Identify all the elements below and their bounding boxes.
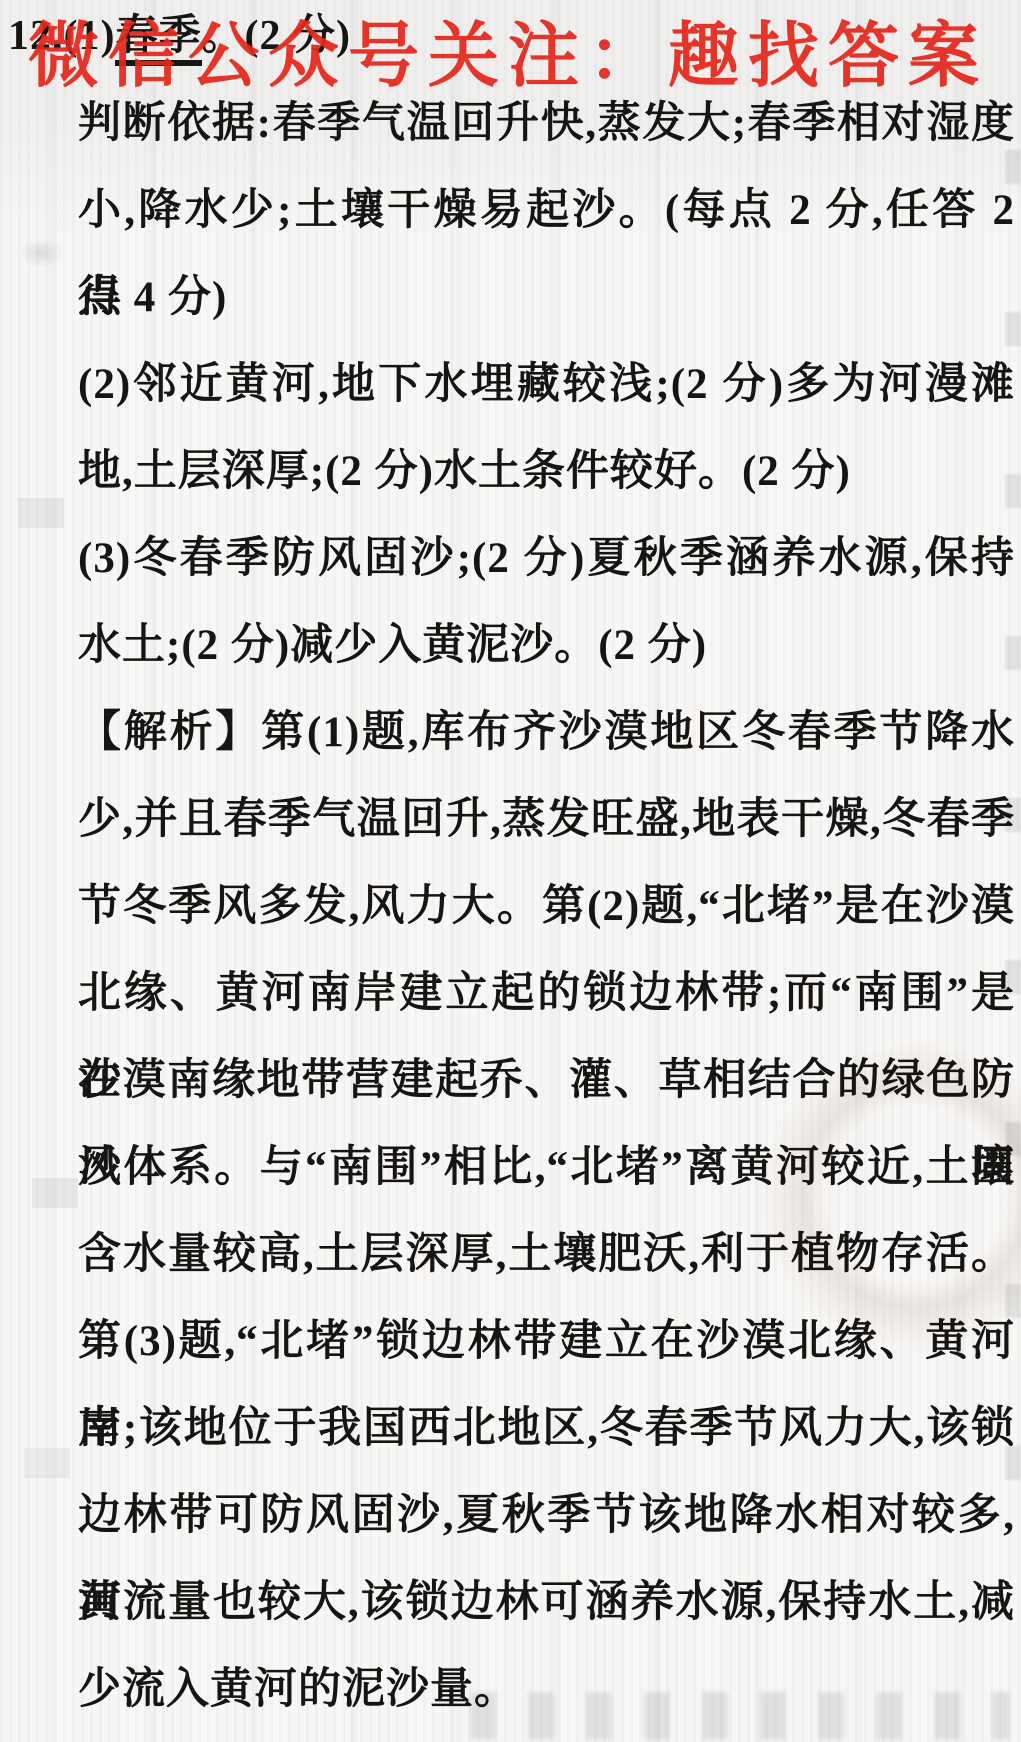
- answer-text-block: 12.(1)春季。(2 分) 判断依据:春季气温回升快,蒸发大;春季相对湿度 小…: [78, 0, 1015, 1733]
- scanned-document-page: 微信公众号关注：趣找答案 12.(1)春季。(2 分) 判断依据:春季气温回升快…: [0, 0, 1021, 1742]
- text-line: (2)邻近黄河,地下水埋藏较浅;(2 分)多为河漫滩: [78, 341, 1015, 428]
- text-line: 含水量较高,土层深厚,土壤肥沃,利于植物存活。: [78, 1211, 1015, 1298]
- text-line: 岸;该地位于我国西北地区,冬春季节风力大,该锁: [78, 1385, 1015, 1472]
- text-line: 第(3)题,“北堵”锁边林带建立在沙漠北缘、黄河南: [78, 1298, 1015, 1385]
- text-line: 北缘、黄河南岸建立起的锁边林带;而“南围”是在: [78, 950, 1015, 1037]
- text-line: 沙体系。与“南围”相比,“北堵”离黄河较近,土壤: [78, 1124, 1015, 1211]
- text-line: 少流入黄河的泥沙量。: [78, 1646, 1015, 1733]
- text-line: 河流量也较大,该锁边林可涵养水源,保持水土,减: [78, 1559, 1015, 1646]
- text-line: 水土;(2 分)减少入黄泥沙。(2 分): [78, 602, 1015, 689]
- text-line: 小,降水少;土壤干燥易起沙。(每点 2 分,任答 2 点: [78, 167, 1015, 254]
- text-line: 沙漠南缘地带营建起乔、灌、草相结合的绿色防风固: [78, 1037, 1015, 1124]
- text-line: 得 4 分): [78, 254, 1015, 341]
- text-line: (3)冬春季防风固沙;(2 分)夏秋季涵养水源,保持: [78, 515, 1015, 602]
- text-line: 【解析】第(1)题,库布齐沙漠地区冬春季节降水: [78, 689, 1015, 776]
- text-line: 边林带可防风固沙,夏秋季节该地降水相对较多,黄: [78, 1472, 1015, 1559]
- text-line: 地,土层深厚;(2 分)水土条件较好。(2 分): [78, 428, 1015, 515]
- left-margin-smudge: [18, 238, 64, 268]
- watermark-text: 微信公众号关注：趣找答案: [28, 14, 1018, 100]
- text-line: 节冬季风多发,风力大。第(2)题,“北堵”是在沙漠: [78, 863, 1015, 950]
- text-line: 少,并且春季气温回升,蒸发旺盛,地表干燥,冬春季: [78, 776, 1015, 863]
